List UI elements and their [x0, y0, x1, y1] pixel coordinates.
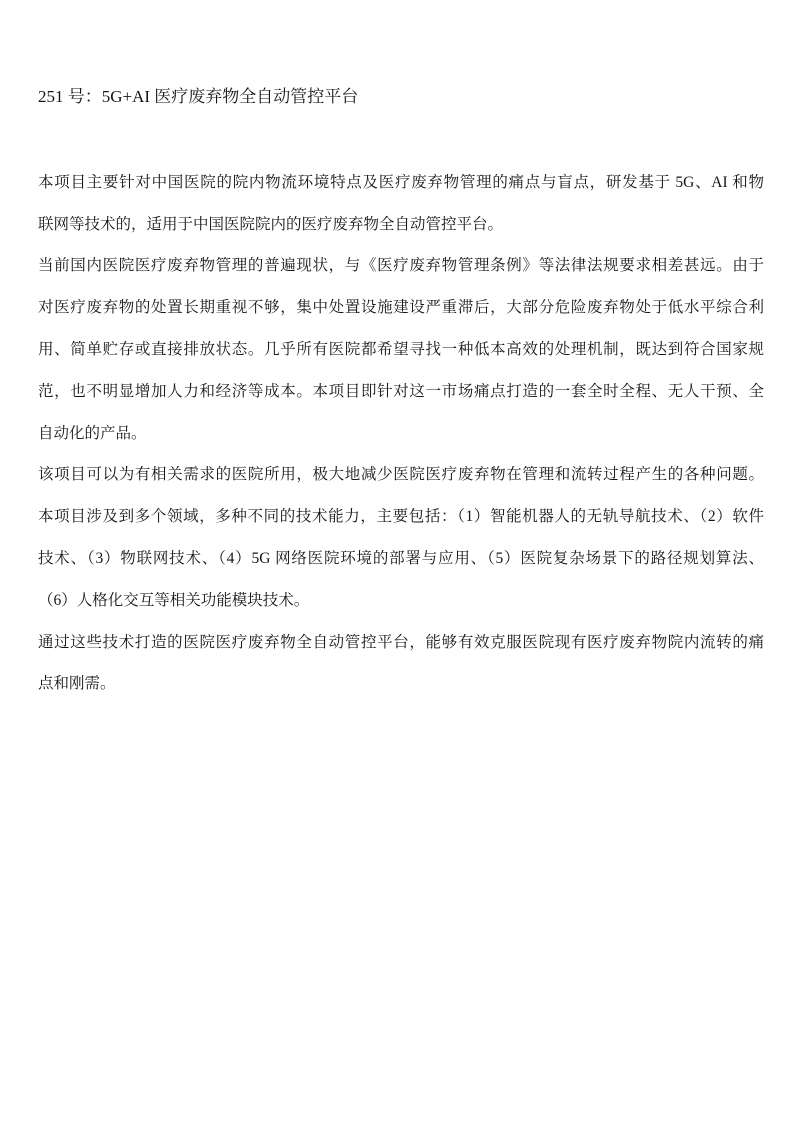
document-line: 范，也不明显增加人力和经济等成本。本项目即针对这一市场痛点打造的一套全时全程、无… [38, 371, 764, 413]
document-line: 本项目主要针对中国医院的院内物流环境特点及医疗废弃物管理的痛点与盲点，研发基于 … [38, 162, 764, 204]
paragraph: 本项目主要针对中国医院的院内物流环境特点及医疗废弃物管理的痛点与盲点，研发基于 … [38, 162, 764, 246]
paragraph: 该项目可以为有相关需求的医院所用，极大地减少医院医疗废弃物在管理和流转过程产生的… [38, 454, 764, 621]
document-line: 本项目涉及到多个领域，多种不同的技术能力，主要包括：（1）智能机器人的无轨导航技… [38, 496, 764, 538]
document-line: 该项目可以为有相关需求的医院所用，极大地减少医院医疗废弃物在管理和流转过程产生的… [38, 454, 764, 496]
document-title: 251 号：5G+AI 医疗废弃物全自动管控平台 [38, 76, 764, 118]
paragraph: 当前国内医院医疗废弃物管理的普遍现状，与《医疗废弃物管理条例》等法律法规要求相差… [38, 245, 764, 454]
document-line: （6）人格化交互等相关功能模块技术。 [38, 580, 764, 622]
document-line: 当前国内医院医疗废弃物管理的普遍现状，与《医疗废弃物管理条例》等法律法规要求相差… [38, 245, 764, 287]
paragraph: 通过这些技术打造的医院医疗废弃物全自动管控平台，能够有效克服医院现有医疗废弃物院… [38, 622, 764, 706]
document-line: 对医疗废弃物的处置长期重视不够，集中处置设施建设严重滞后，大部分危险废弃物处于低… [38, 287, 764, 329]
document-line: 联网等技术的，适用于中国医院院内的医疗废弃物全自动管控平台。 [38, 204, 764, 246]
document-line: 用、简单贮存或直接排放状态。几乎所有医院都希望寻找一种低本高效的处理机制，既达到… [38, 329, 764, 371]
document-line: 自动化的产品。 [38, 413, 764, 455]
document-body: 本项目主要针对中国医院的院内物流环境特点及医疗废弃物管理的痛点与盲点，研发基于 … [38, 162, 764, 705]
document-line: 通过这些技术打造的医院医疗废弃物全自动管控平台，能够有效克服医院现有医疗废弃物院… [38, 622, 764, 664]
document-line: 技术、（3）物联网技术、（4）5G 网络医院环境的部署与应用、（5）医院复杂场景… [38, 538, 764, 580]
document-page: 251 号：5G+AI 医疗废弃物全自动管控平台 本项目主要针对中国医院的院内物… [0, 0, 800, 1131]
document-line: 点和刚需。 [38, 663, 764, 705]
